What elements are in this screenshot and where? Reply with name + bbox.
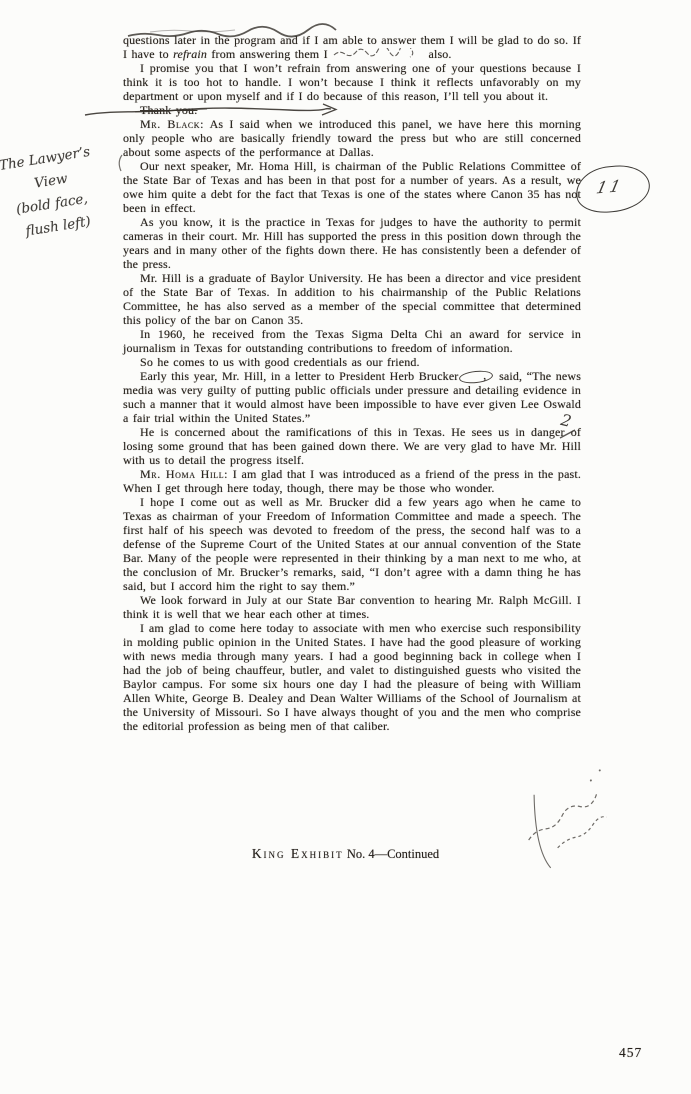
top-strikethrough-squiggle-2 [150,30,235,32]
paragraph: I hope I come out as well as Mr. Brucker… [123,495,581,593]
paragraph: Mr. Black: As I said when we introduced … [123,117,581,159]
circled-number-text: 11 [595,176,626,198]
exhibit-caption-rest: No. 4—Continued [344,847,439,861]
body-text: also. [424,47,451,61]
exhibit-caption-smallcaps: King Exhibit [252,846,344,861]
body-text: from answering them I [207,47,332,61]
circled-number-annotation: 11 [574,163,652,215]
paragraph: Mr. Homa Hill: I am glad that I was intr… [123,467,581,495]
paragraph-continued: questions later in the program and if I … [123,33,581,61]
struck-thank-you-line: Thank you. [123,103,581,117]
paragraph: Our next speaker, Mr. Homa Hill, is chai… [123,159,581,215]
page-number: 457 [619,1045,642,1061]
speaker-name: Mr. Black: [140,117,204,131]
scanned-document-page: The Lawyer’s View (bold face, flush left… [0,0,691,1094]
paragraph: Early this year, Mr. Hill, in a letter t… [123,369,581,425]
paragraph: I promise you that I won’t refrain from … [123,61,581,103]
overwritten-word: refrain [173,47,207,61]
paragraph: We look forward in July at our State Bar… [123,593,581,621]
body-text: Early this year, Mr. Hill, in a letter t… [140,369,458,383]
paragraph: So he comes to us with good credentials … [123,355,581,369]
margin-bracket-mark [119,155,122,171]
margin-note-handwritten: The Lawyer’s View (bold face, flush left… [0,138,121,246]
struck-text: Thank you. [140,103,197,117]
paragraph: He is concerned about the ramifications … [123,425,581,467]
exhibit-caption: King Exhibit No. 4—Continued [0,846,691,862]
paragraph: I am glad to come here today to associat… [123,621,581,733]
speaker-name: Mr. Homa Hill: [140,467,228,481]
paragraph: In 1960, he received from the Texas Sigm… [123,327,581,355]
paragraph: Mr. Hill is a graduate of Baylor Univers… [123,271,581,327]
inline-handwritten-scribble [332,47,424,61]
document-text-column: questions later in the program and if I … [123,33,581,733]
paragraph: As you know, it is the practice in Texas… [123,215,581,271]
